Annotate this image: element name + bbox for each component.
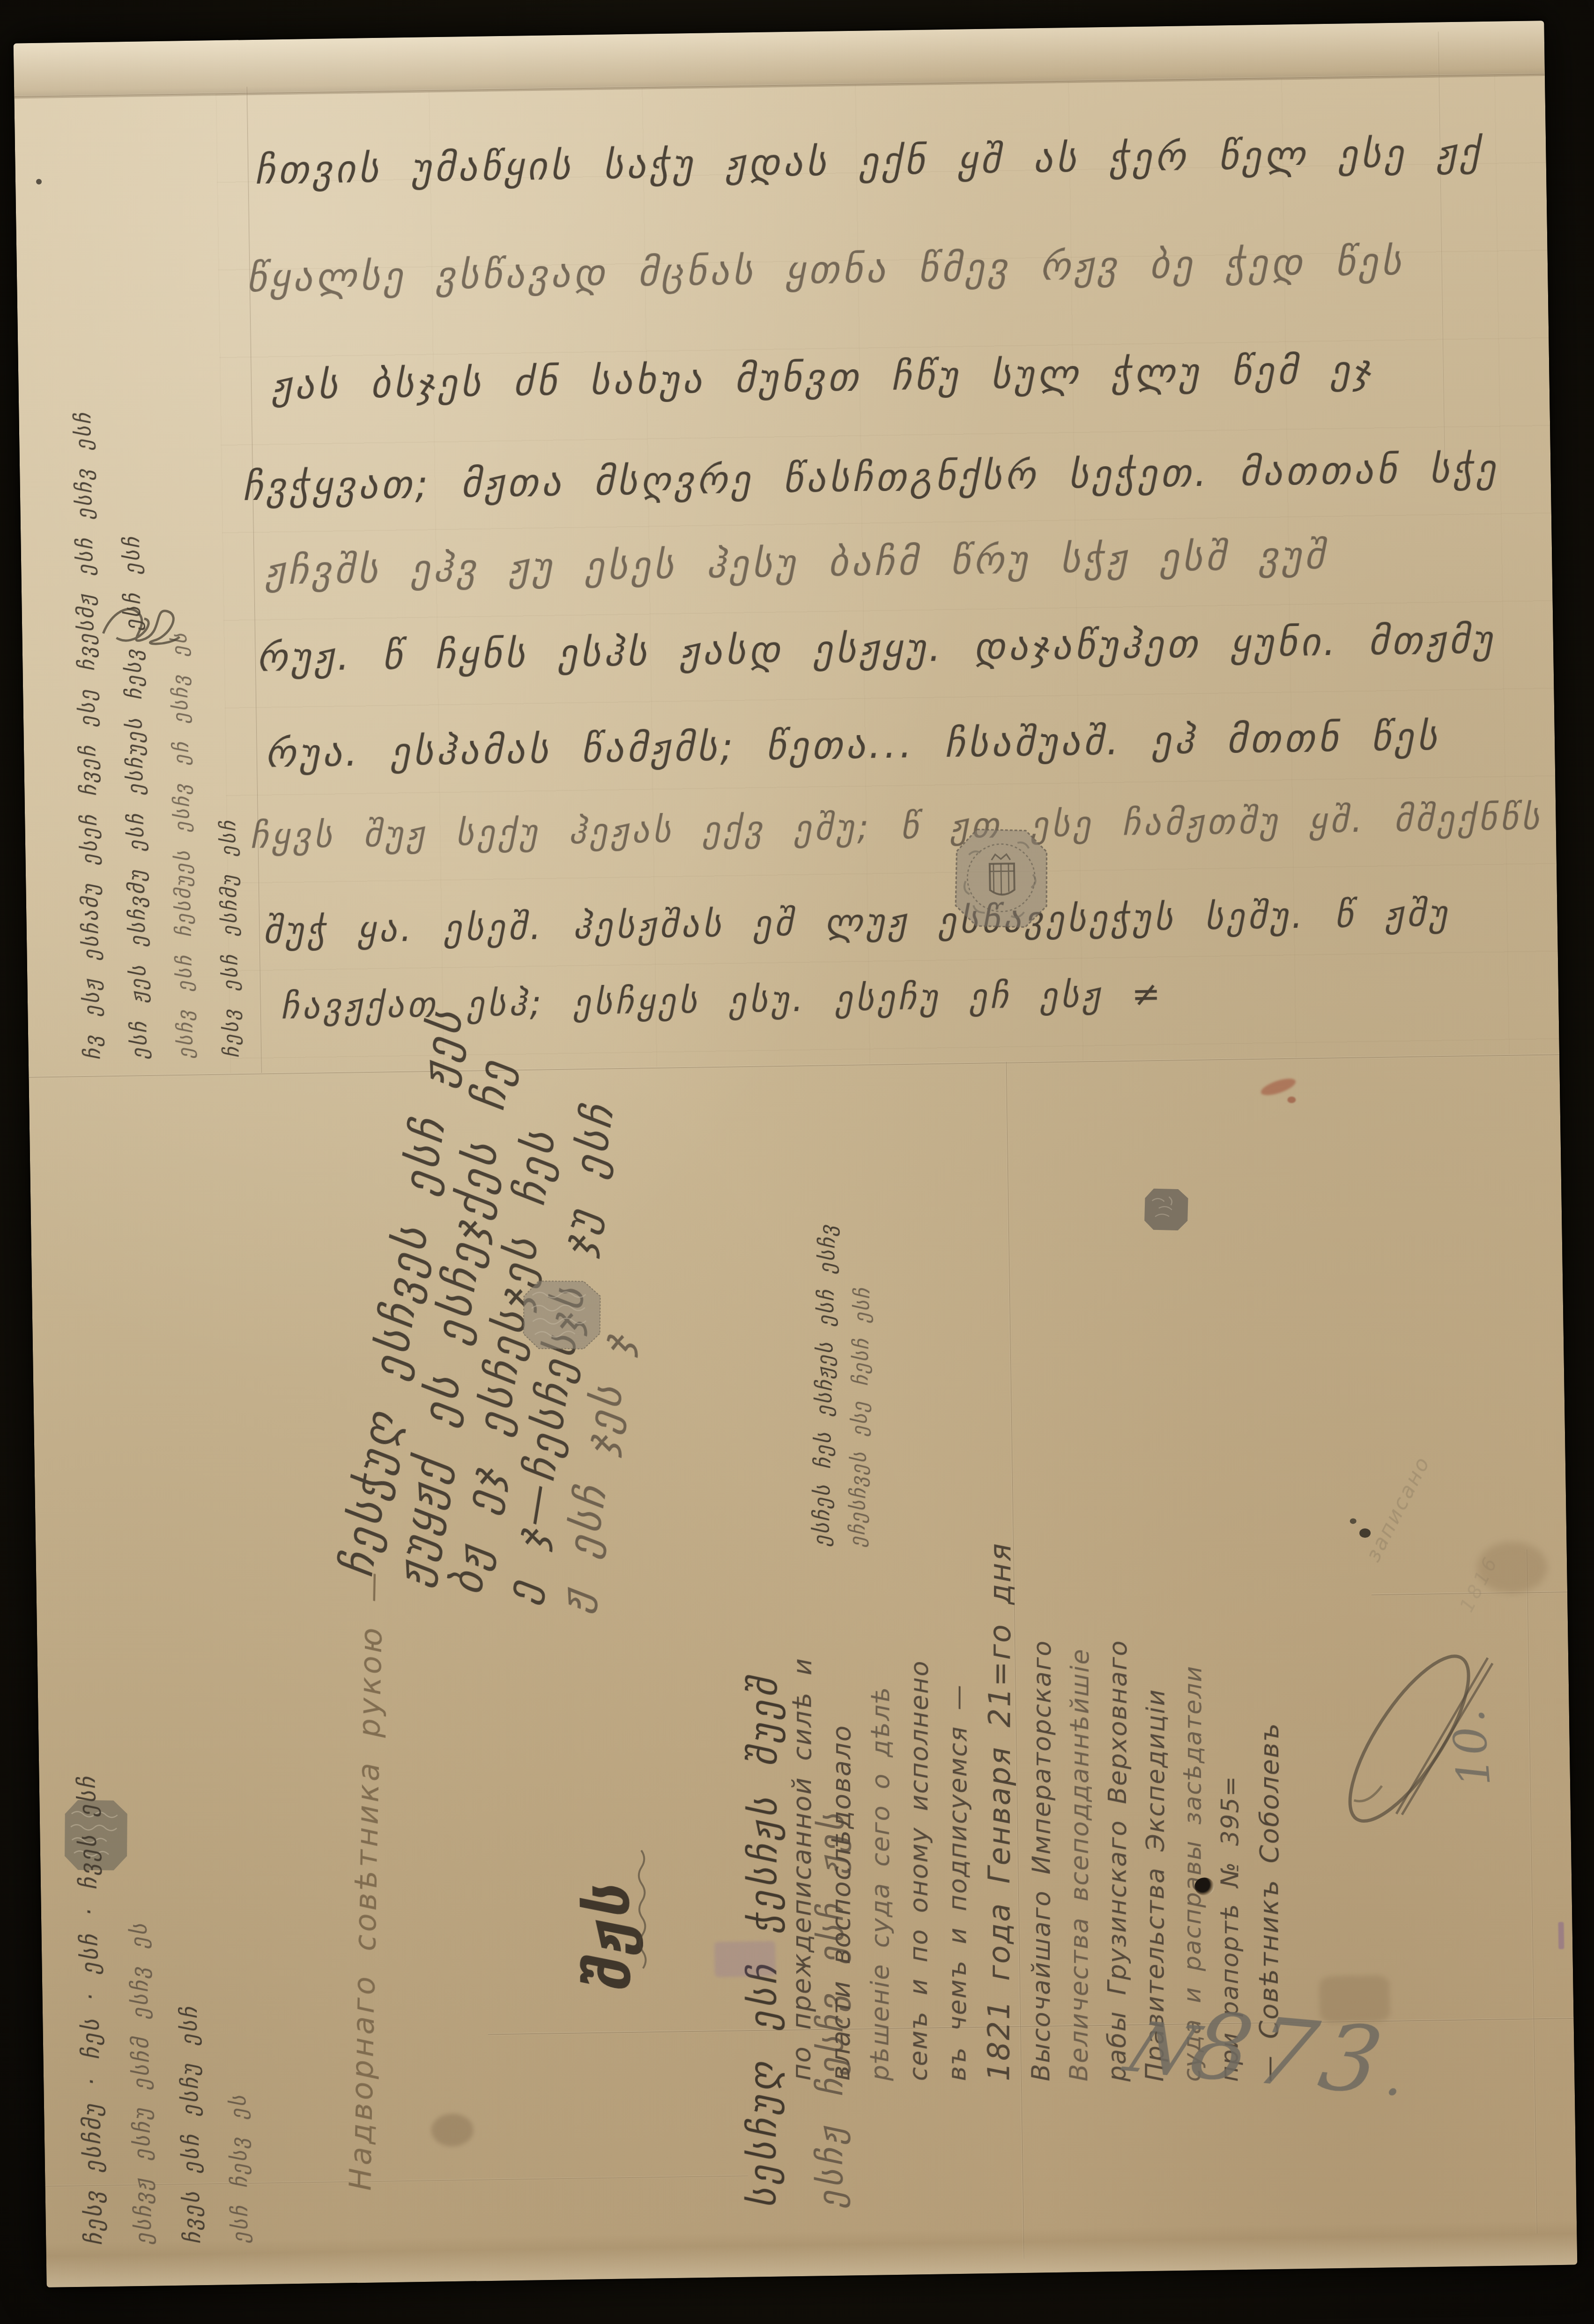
crease-top-right-fold <box>1438 31 1446 467</box>
brown-smudge <box>431 2113 474 2146</box>
archive-number-digits: 873 <box>1183 1992 1397 2115</box>
crease-middle-fold <box>29 1054 1559 1078</box>
bottom-margin-line: ჩესვ ესჩმუ · ჩეს · ესჩ · ჩვეს ესჩ <box>60 1678 119 2246</box>
crease-top-fold <box>14 73 1545 97</box>
bottom-left-marginalia: ჩესვ ესჩმუ · ჩეს · ესჩ · ჩვეს ესჩ ესჩვჟ … <box>60 1676 274 2246</box>
letter-line: რუა. ესჰამას წამჟმს; წეთა... ჩსაშუაშ. ეჰ… <box>265 714 1441 776</box>
underline-flourish <box>634 1848 650 1975</box>
middle-octagonal-ink-seal <box>520 1278 603 1352</box>
clerk-line: — Совѣтникъ Соболевъ <box>1248 1210 1292 2082</box>
bottom-margin-line: ესჩ ჩესვ ეს <box>208 1676 263 2243</box>
faint-mark: 1816 <box>1456 1552 1503 1616</box>
clerk-line: при рапортѣ № 395= <box>1211 1210 1251 2082</box>
faint-mark: записано <box>1361 1452 1435 1566</box>
clerk-flourish-line: Надворнаго совѣтника рукою — <box>343 1549 426 2192</box>
letter-line: ჩყვს შუჟ სექუ ჰეჟას ექვ ეშუ; წ ჟთ ესე ჩა… <box>250 797 1542 857</box>
large-octagonal-ink-seal <box>952 826 1051 931</box>
red-stain-dot <box>1287 1096 1296 1103</box>
letter-line: შუჭ ყა. ესეშ. ჰესჟშას ეშ ლუჟ ესწავესეჭუს… <box>263 892 1450 952</box>
clerk-line: суда и расправы засѣдатели <box>1173 1210 1213 2082</box>
clerk-line: Высочайшаго Императорскаго <box>1022 1210 1062 2081</box>
clerk-line: Величества всеподданнѣйшіе <box>1060 1210 1100 2081</box>
bottom-margin-line: ჩვეს ესჩ ესჩუ ესჩ <box>159 1677 216 2244</box>
purple-edge-mark <box>1558 1922 1564 1949</box>
archive-number-annotation: N873. <box>1127 1986 1409 2116</box>
letter-line: ჩავჟქათ ესჰ; ესჩყეს ესუ. ესეჩუ ეჩ ესჟ ≠ <box>281 974 1164 1027</box>
ink-dot <box>36 179 42 185</box>
letter-line: წყალსე ვსწავად მცნას ყთნა წმევ რჟვ ბე ჭე… <box>246 239 1404 301</box>
scan-stage: ჩთვის უმაწყის საჭუ ჟდას ექნ ყშ ას ჭერ წე… <box>0 0 1594 2324</box>
paraph-text: შჟს <box>572 1837 645 1992</box>
letter-body: ჩთვის უმაწყის საჭუ ჟდას ექნ ყშ ას ჭერ წე… <box>14 21 1544 43</box>
page-number-annotation: 10. <box>1442 1705 1501 1789</box>
clerk-line: рабы Грузинскаго Верховнаго <box>1097 1210 1138 2081</box>
monogram-scribble <box>97 592 192 655</box>
ink-dot <box>1350 1518 1357 1524</box>
clerk-line: Правительства Экспедиціи <box>1136 1210 1176 2082</box>
letter-line: ჩვჭყვათ; მჟთა მსღვრე წასჩთგნქსრ სეჭეთ. მ… <box>242 447 1499 510</box>
letter-line: ჟჩვშს ეჰვ ჟუ ესეს ჰესუ ბაჩმ წრუ სჭჟ ესშ … <box>265 533 1328 594</box>
bottom-margin-line: ესჩვჟ ესჩუ ესჩმ ესჩვ ეს <box>111 1677 168 2245</box>
clerk-line: семъ и по оному исполнено <box>899 1209 940 2081</box>
crease-right-edge-fold <box>1526 1549 1538 2234</box>
small-octagonal-ink-seal <box>1142 1187 1190 1232</box>
manuscript-paper-sheet: ჩთვის უმაწყის საჭუ ჟდას ექნ ყშ ას ჭერ წე… <box>14 21 1578 2287</box>
letter-line: ჟას ბსჯეს ძნ სახუა მუნვთ ჩწუ სულ ჭლუ წემ… <box>271 348 1374 409</box>
flourish-text: Надворнаго совѣтника рукою — <box>343 1549 391 2191</box>
georgian-side-note: ჩესჭუღ ესჩვეს ესჩ ჟეს ჟუყჟქ ეს ესჩეჯქეს … <box>329 966 695 1616</box>
ink-dot <box>1359 1528 1371 1538</box>
signature-line: ესჩჟ ჩესჩვ ესჩ ჟეს <box>798 1566 865 2208</box>
signature-block: სესჩუღ ესჩ ჭესჩჟს შუეშ ესჩჟ ჩესჩვ ესჩ ჟე… <box>727 1566 870 2208</box>
clerk-line: въ чемъ и подписуемся — <box>937 1210 979 2081</box>
signature-line: სესჩუღ ესჩ ჭესჩჟს შუეშ <box>727 1566 800 2208</box>
red-stain <box>1259 1075 1297 1099</box>
clerk-line: 1821 года Генваря 21=го дня <box>977 1210 1024 2081</box>
letter-line: რუჟ. წ ჩყნს ესჰს ჟასდ ესჟყუ. დაჯაწუჰეთ ყ… <box>256 618 1496 680</box>
letter-line: ჩთვის უმაწყის საჭუ ჟდას ექნ ყშ ას ჭერ წე… <box>254 130 1483 193</box>
